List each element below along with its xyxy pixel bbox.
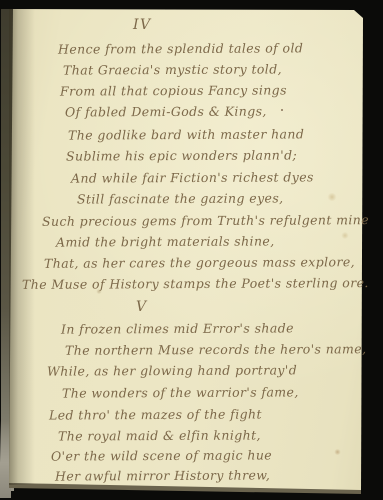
paper-stain [96,289,102,294]
poem-line: The royal maid & elfin knight, [58,427,261,443]
poem-line: The northern Muse records the hero's nam… [65,341,367,358]
poem-line: Still fascinate the gazing eyes, [77,190,284,206]
paper-stain [334,449,341,455]
poem-line: The wonders of the warrior's fame, [62,384,299,400]
paper-stain [327,193,337,201]
poem-line: Her awful mirror History threw, [55,467,270,483]
poem-text: IV Hence from the splendid tales of old … [0,0,383,500]
ink-speck [281,109,283,111]
poem-line: In frozen climes mid Error's shade [61,320,294,336]
poem-line: While, as her glowing hand portray'd [47,362,297,378]
poem-line: The godlike bard with master hand [68,126,304,142]
poem-line: Such precious gems from Truth's refulgen… [42,212,369,229]
poem-line: O'er the wild scene of magic hue [51,447,272,463]
poem-line: Hence from the splendid tales of old [58,40,303,56]
poem-line: Amid the bright materials shine, [56,233,275,249]
paper-stain [341,232,349,239]
stanza-number-iv: IV [133,17,152,33]
poem-line: And while fair Fiction's richest dyes [71,169,314,185]
poem-line: That, as her cares the gorgeous mass exp… [44,254,355,271]
poem-line: The Muse of History stamps the Poet's st… [22,275,369,292]
poem-line: Led thro' the mazes of the fight [49,406,262,422]
poem-line: From all that copious Fancy sings [60,82,287,98]
poem-line: Of fabled Demi-Gods & Kings, [65,103,267,119]
stanza-number-v: V [136,299,148,315]
manuscript-photo: IV Hence from the splendid tales of old … [0,0,383,500]
poem-line: That Graecia's mystic story told, [63,61,282,77]
poem-line: Sublime his epic wonders plann'd; [66,147,297,163]
